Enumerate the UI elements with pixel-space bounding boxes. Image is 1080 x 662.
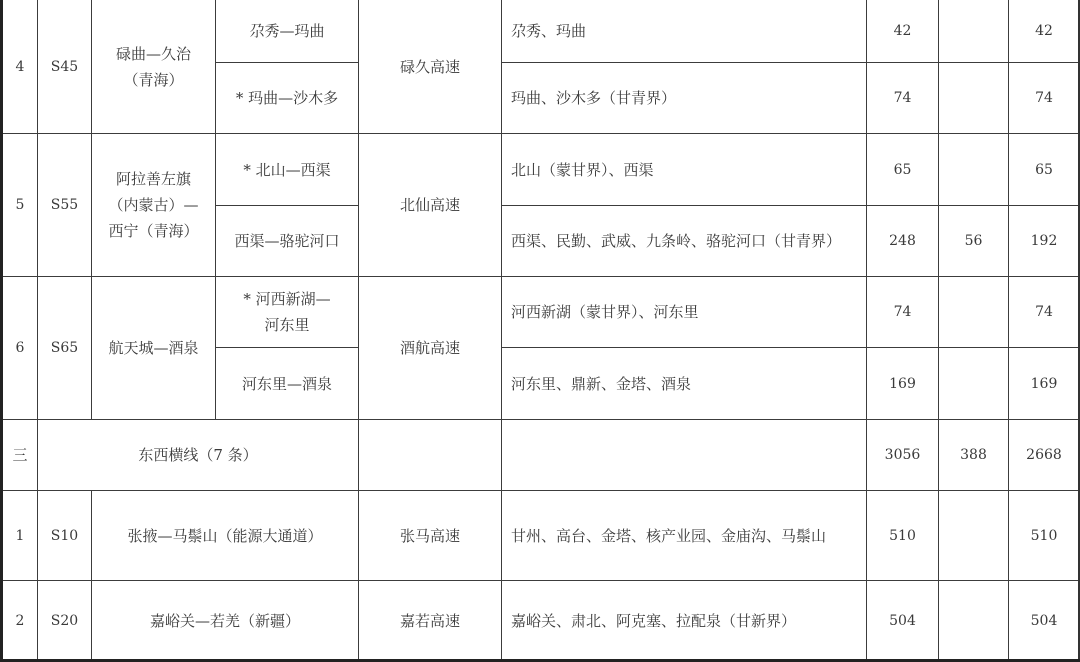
planned-length: 510: [1009, 491, 1080, 581]
total-length: 42: [867, 0, 939, 63]
row-index: 4: [3, 0, 38, 134]
built-length: [939, 0, 1009, 63]
built-length: 56: [939, 206, 1009, 277]
row-index: 2: [3, 581, 38, 662]
row-index: 5: [3, 134, 38, 277]
route-code: S10: [38, 491, 92, 581]
planned-length: 169: [1009, 348, 1080, 420]
route-code: S45: [38, 0, 92, 134]
row-index: 1: [3, 491, 38, 581]
control-nodes: 北山（蒙甘界）、西渠: [502, 134, 867, 206]
total-length: 74: [867, 63, 939, 134]
category-total-length: 3056: [867, 420, 939, 491]
built-length: [939, 581, 1009, 662]
route-name: 阿拉善左旗（内蒙古）—西宁（青海）: [92, 134, 216, 277]
built-length: [939, 491, 1009, 581]
row-index: 6: [3, 277, 38, 420]
total-length: 74: [867, 277, 939, 348]
route-alias: 嘉若高速: [359, 581, 502, 662]
route-alias: 碌久高速: [359, 0, 502, 134]
route-code: S65: [38, 277, 92, 420]
built-length: [939, 348, 1009, 420]
empty-cell: [359, 420, 502, 491]
planned-length: 504: [1009, 581, 1080, 662]
control-nodes: 西渠、民勤、武威、九条岭、骆驼河口（甘青界）: [502, 206, 867, 277]
route-alias: 酒航高速: [359, 277, 502, 420]
planned-length: 192: [1009, 206, 1080, 277]
built-length: [939, 63, 1009, 134]
category-built-length: 388: [939, 420, 1009, 491]
total-length: 504: [867, 581, 939, 662]
built-length: [939, 277, 1009, 348]
route-alias: 北仙高速: [359, 134, 502, 277]
control-nodes: 嘉峪关、肃北、阿克塞、拉配泉（甘新界）: [502, 581, 867, 662]
section-name: * 河西新湖—河东里: [216, 277, 359, 348]
category-planned-length: 2668: [1009, 420, 1080, 491]
control-nodes: 玛曲、沙木多（甘青界）: [502, 63, 867, 134]
empty-cell: [502, 420, 867, 491]
control-nodes: 甘州、高台、金塔、核产业园、金庙沟、马鬃山: [502, 491, 867, 581]
route-code: S20: [38, 581, 92, 662]
control-nodes: 河东里、鼎新、金塔、酒泉: [502, 348, 867, 420]
category-title: 东西横线（7 条）: [38, 420, 359, 491]
route-name: 碌曲—久治（青海）: [92, 0, 216, 134]
section-name: * 玛曲—沙木多: [216, 63, 359, 134]
section-name: 尕秀—玛曲: [216, 0, 359, 63]
route-name: 嘉峪关—若羌（新疆）: [92, 581, 359, 662]
section-name: 西渠—骆驼河口: [216, 206, 359, 277]
route-name: 张掖—马鬃山（能源大通道）: [92, 491, 359, 581]
total-length: 510: [867, 491, 939, 581]
total-length: 65: [867, 134, 939, 206]
route-name: 航天城—酒泉: [92, 277, 216, 420]
route-code: S55: [38, 134, 92, 277]
planned-length: 65: [1009, 134, 1080, 206]
total-length: 169: [867, 348, 939, 420]
total-length: 248: [867, 206, 939, 277]
highway-plan-table: 4 S45 碌曲—久治（青海） 尕秀—玛曲 * 玛曲—沙木多 碌久高速 尕秀、玛…: [0, 0, 1080, 662]
category-index: 三: [3, 420, 38, 491]
planned-length: 74: [1009, 277, 1080, 348]
built-length: [939, 134, 1009, 206]
control-nodes: 河西新湖（蒙甘界）、河东里: [502, 277, 867, 348]
planned-length: 74: [1009, 63, 1080, 134]
section-name: * 北山—西渠: [216, 134, 359, 206]
route-alias: 张马高速: [359, 491, 502, 581]
section-name: 河东里—酒泉: [216, 348, 359, 420]
planned-length: 42: [1009, 0, 1080, 63]
control-nodes: 尕秀、玛曲: [502, 0, 867, 63]
